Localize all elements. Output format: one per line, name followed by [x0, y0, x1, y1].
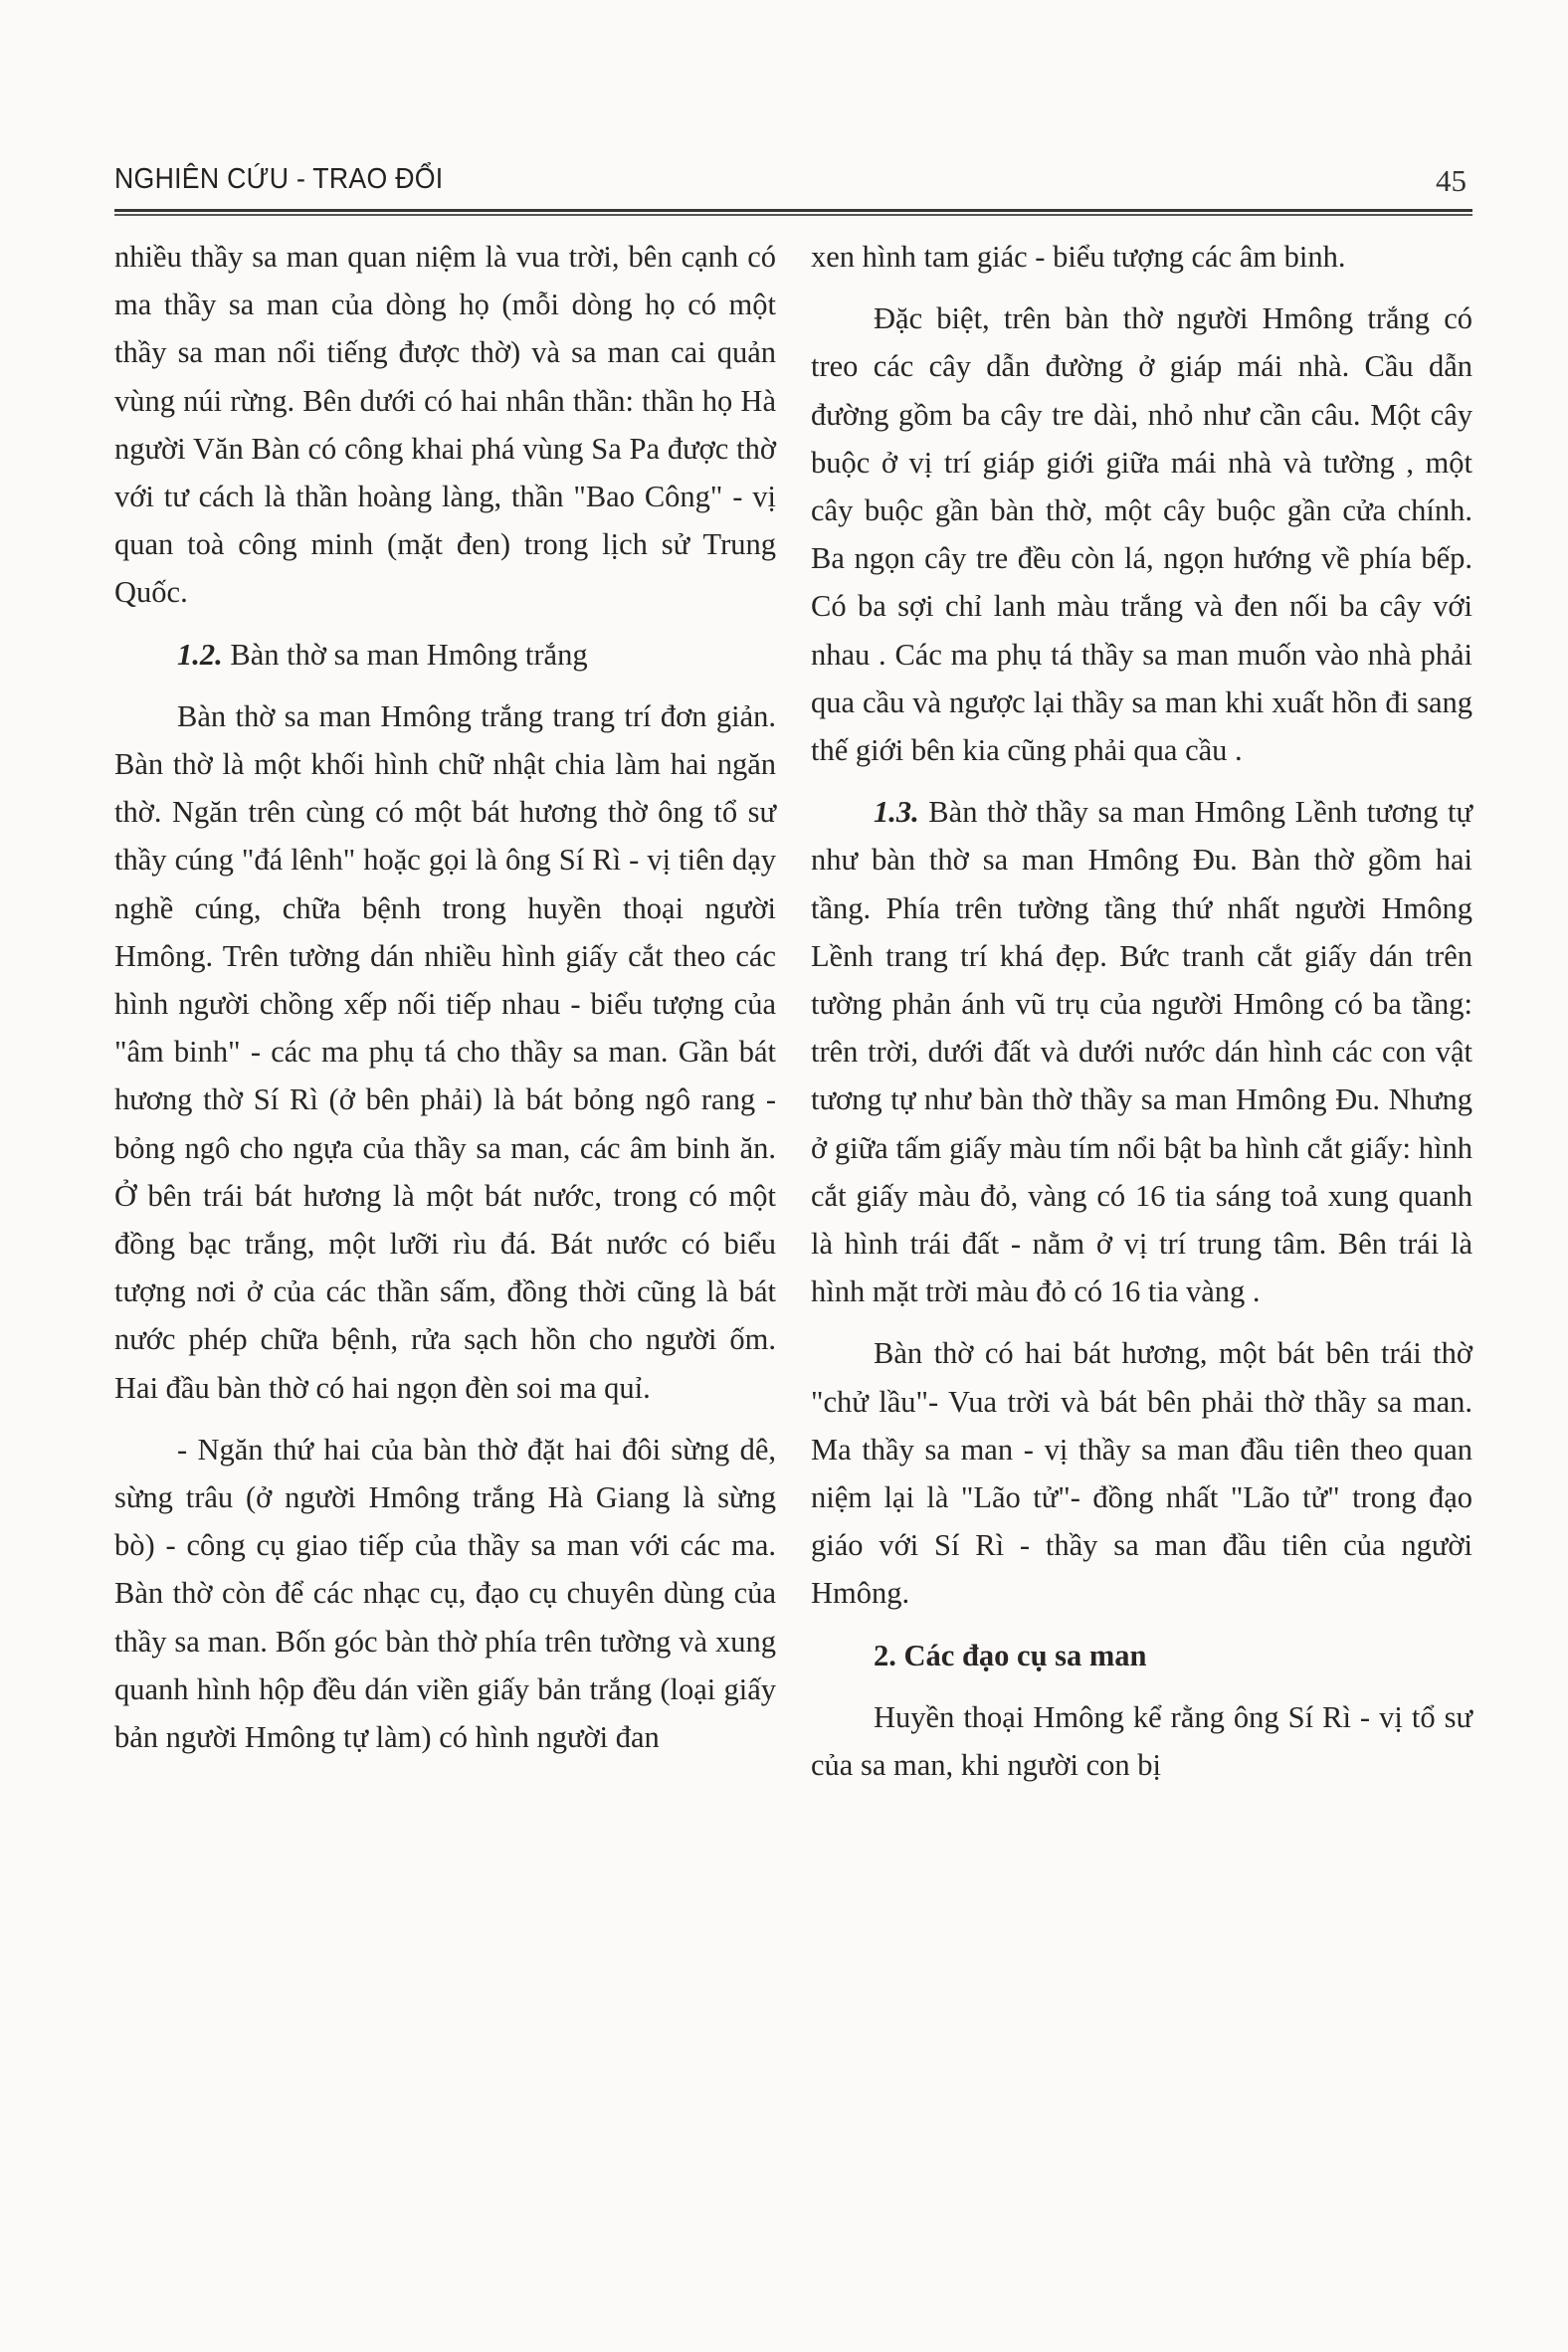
heading-text: Bàn thờ sa man Hmông trắng [223, 638, 588, 672]
paragraph: Bàn thờ sa man Hmông trắng trang trí đơn… [114, 692, 776, 1412]
section-title: NGHIÊN CỨU - TRAO ĐỔI [114, 163, 443, 196]
paragraph: Đặc biệt, trên bàn thờ người Hmông trắng… [811, 294, 1472, 774]
page-number: 45 [1436, 163, 1467, 199]
rule-line-top [114, 209, 1472, 212]
paragraph: Bàn thờ có hai bát hương, một bát bên tr… [811, 1329, 1472, 1617]
left-column: nhiều thầy sa man quan niệm là vua trời,… [114, 233, 776, 1761]
section-heading-2: 2. Các đạo cụ sa man [811, 1632, 1472, 1679]
paragraph: nhiều thầy sa man quan niệm là vua trời,… [114, 233, 776, 617]
paragraph: Huyền thoại Hmông kể rằng ông Sí Rì - vị… [811, 1693, 1472, 1789]
subsection-paragraph-1-3: 1.3. Bàn thờ thầy sa man Hmông Lềnh tươn… [811, 788, 1472, 1315]
rule-line-bottom [114, 214, 1472, 216]
running-header: NGHIÊN CỨU - TRAO ĐỔI 45 [114, 157, 1472, 207]
subsection-heading-1-2: 1.2. Bàn thờ sa man Hmông trắng [114, 631, 776, 679]
paragraph-text: Bàn thờ thầy sa man Hmông Lềnh tương tự … [811, 795, 1472, 1308]
paragraph: xen hình tam giác - biểu tượng các âm bi… [811, 233, 1472, 281]
right-column: xen hình tam giác - biểu tượng các âm bi… [811, 233, 1472, 1789]
header-double-rule [114, 209, 1472, 217]
heading-number: 1.3. [874, 795, 919, 829]
paragraph: - Ngăn thứ hai của bàn thờ đặt hai đôi s… [114, 1426, 776, 1761]
heading-number: 1.2. [177, 638, 223, 672]
